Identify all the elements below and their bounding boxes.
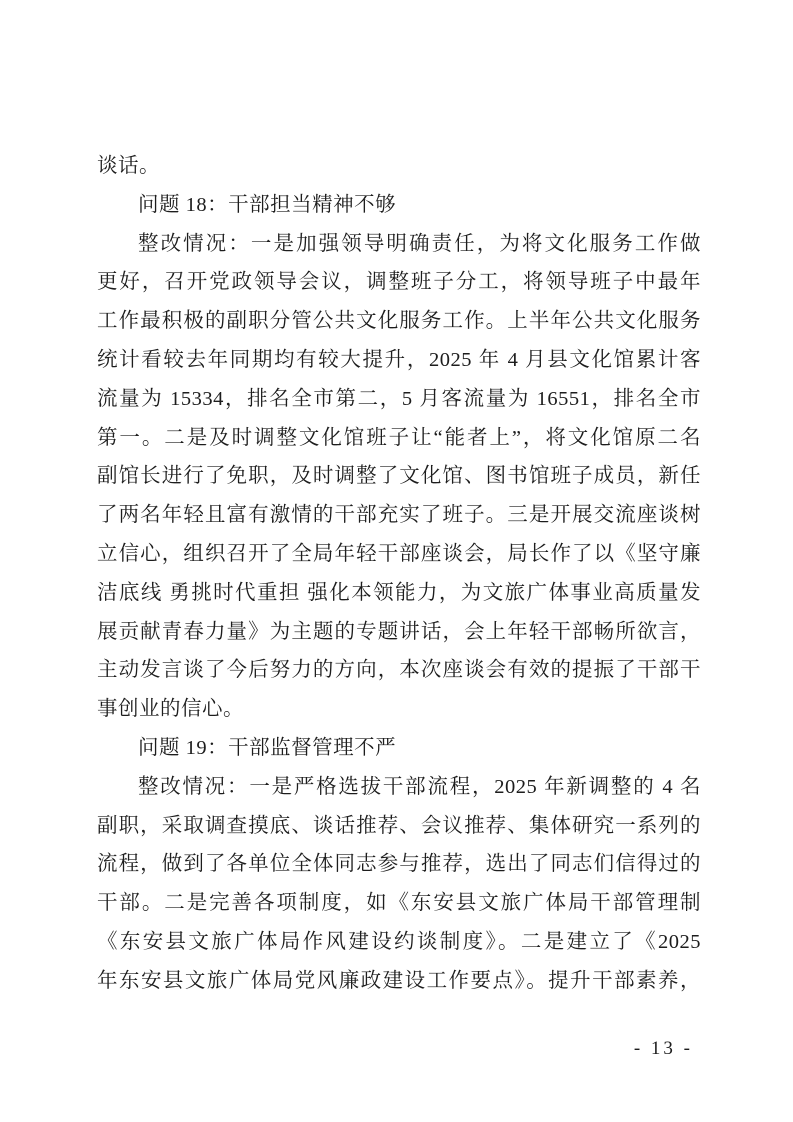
body-text-line: 流量为 15334，排名全市第二，5 月客流量为 16551，排名全市 (97, 380, 701, 419)
body-text-line: 展贡献青春力量》为主题的专题讲话，会上年轻干部畅所欲言， (97, 613, 701, 652)
document-page: 谈话。问题 18：干部担当精神不够整改情况：一是加强领导明确责任，为将文化服务工… (0, 0, 793, 1122)
body-text-line: 更好，召开党政领导会议，调整班子分工，将领导班子中最年轻、 (97, 263, 701, 302)
page-number: - 13 - (634, 1038, 693, 1060)
document-body: 谈话。问题 18：干部担当精神不够整改情况：一是加强领导明确责任，为将文化服务工… (97, 147, 701, 1001)
body-text-line: 了两名年轻且富有激情的干部充实了班子。三是开展交流座谈树 (97, 496, 701, 535)
problem-heading-line: 问题 18：干部担当精神不够 (97, 186, 701, 225)
body-text-line: 工作最积极的副职分管公共文化服务工作。上半年公共文化服务 (97, 302, 701, 341)
body-text-line: 副馆长进行了免职，及时调整了文化馆、图书馆班子成员，新任 (97, 457, 701, 496)
body-text-line: 立信心，组织召开了全局年轻干部座谈会，局长作了以《坚守廉 (97, 535, 701, 574)
body-text-line: 《东安县文旅广体局作风建设约谈制度》。二是建立了《2025 (97, 923, 701, 962)
body-text-line: 事创业的信心。 (97, 690, 701, 729)
body-text-line: 谈话。 (97, 147, 701, 186)
body-text-line: 干部。二是完善各项制度，如《东安县文旅广体局干部管理制度》、 (97, 884, 701, 923)
body-text-line: 整改情况：一是加强领导明确责任，为将文化服务工作做 (97, 225, 701, 264)
problem-heading-line: 问题 19：干部监督管理不严 (97, 729, 701, 768)
body-text-line: 年东安县文旅广体局党风廉政建设工作要点》。提升干部素养， (97, 962, 701, 1001)
body-text-line: 统计看较去年同期均有较大提升，2025 年 4 月县文化馆累计客 (97, 341, 701, 380)
body-text-line: 流程，做到了各单位全体同志参与推荐，选出了同志们信得过的 (97, 845, 701, 884)
body-text-line: 副职，采取调查摸底、谈话推荐、会议推荐、集体研究一系列的 (97, 807, 701, 846)
body-text-line: 第一。二是及时调整文化馆班子让“能者上”，将文化馆原二名 (97, 419, 701, 458)
body-text-line: 整改情况：一是严格选拔干部流程，2025 年新调整的 4 名 (97, 768, 701, 807)
body-text-line: 主动发言谈了今后努力的方向，本次座谈会有效的提振了干部干 (97, 651, 701, 690)
body-text-line: 洁底线 勇挑时代重担 强化本领能力，为文旅广体事业高质量发 (97, 574, 701, 613)
